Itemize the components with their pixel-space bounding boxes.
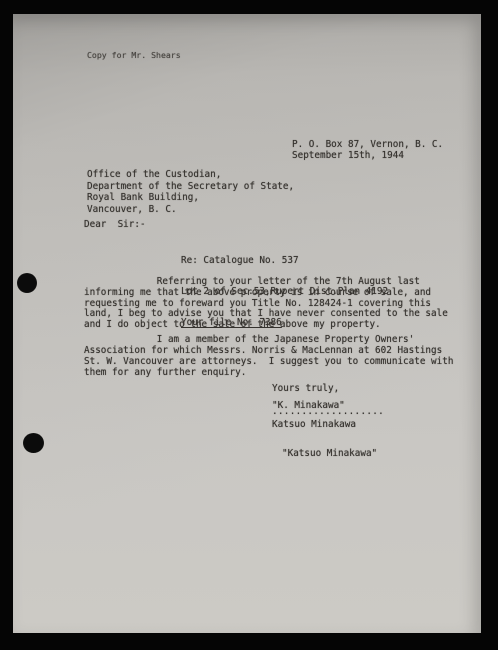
- body-paragraph-1: Referring to your letter of the 7th Augu…: [84, 277, 448, 331]
- salutation: Dear Sir:-: [84, 220, 146, 231]
- punch-hole-top: [17, 273, 37, 293]
- sender-address-date: P. O. Box 87, Vernon, B. C. September 15…: [292, 140, 443, 161]
- body-paragraph-2: I am a member of the Japanese Property O…: [84, 335, 453, 379]
- punch-hole-bottom: [23, 433, 44, 453]
- copy-annotation: Copy for Mr. Shears: [87, 50, 181, 61]
- signature-typed-name: Katsuo Minakawa: [272, 420, 356, 431]
- re-catalogue-line: Re: Catalogue No. 537: [181, 256, 388, 266]
- signature-final-quoted: "Katsuo Minakawa": [282, 449, 377, 460]
- scanned-letter-background: Copy for Mr. Shears P. O. Box 87, Vernon…: [0, 0, 498, 650]
- recipient-address: Office of the Custodian, Department of t…: [87, 169, 294, 215]
- signature-dotted-line: ...................: [272, 407, 384, 418]
- closing: Yours truly,: [272, 384, 339, 395]
